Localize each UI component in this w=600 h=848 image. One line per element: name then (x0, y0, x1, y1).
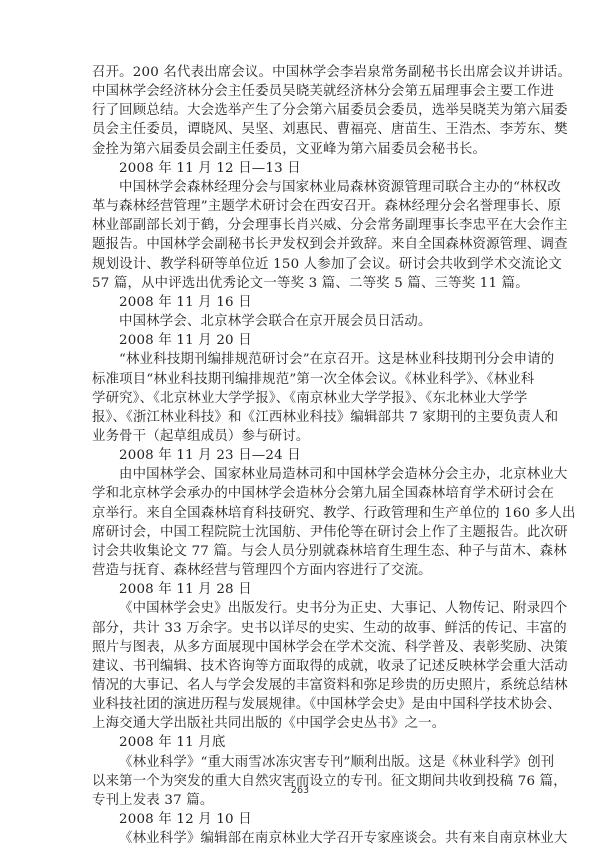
paragraph-last-line: 金拴为第六届委员会副主任委员，文亚峰为第六届委员会秘书长。 (92, 140, 516, 159)
body-line: 学研究》、《北京林业大学学报》、《南京林业大学学报》、《东北林业大学学 (92, 389, 516, 408)
paragraph-first-line: 中国林学会森林经理分会与国家林业局森林资源管理司联合主办的“林权改 (92, 178, 516, 197)
body-line: 标准项目“林业科技期刊编排规范”第一次全体会议。《林业科学》、《林业科 (92, 370, 516, 389)
paragraph-first-line: 《林业科学》“重大雨雪冰冻灾害专刊”顺利出版。这是《林业科学》创刊 (92, 753, 516, 772)
body-line: 讨会共收集论文 77 篇。与会人员分别就森林培育生理生态、种子与苗木、森林 (92, 542, 516, 561)
body-line: 情况的大事记、名人与学会发展的丰富资料和弥足珍贵的历史照片，系统总结林 (92, 676, 516, 695)
body-line: 革与森林经营管理”主题学术研讨会在西安召开。森林经理分会名誉理事长、原 (92, 197, 516, 216)
date-heading-line: 中国林学会、北京林学会联合在京开展会员日活动。 (92, 312, 516, 331)
paragraph-last-line: 57 篇，从中评选出优秀论文一等奖 3 篇、二等奖 5 篇、三等奖 11 篇。 (92, 274, 516, 293)
body-line: 学和北京林学会承办的中国林学会造林分会第九届全国森林培育学术研讨会在 (92, 484, 516, 503)
date-heading-line: 2008 年 11 月 28 日 (92, 580, 516, 599)
body-line: 题报告。中国林学会副秘书长尹发权到会并致辞。来自全国森林资源管理、调查 (92, 235, 516, 254)
body-line: 召开。200 名代表出席会议。中国林学会李岩泉常务副秘书长出席会议并讲话。 (92, 63, 516, 82)
body-line: 规划设计、教学科研等单位近 150 人参加了会议。研讨会共收到学术交流论文 (92, 255, 516, 274)
body-line: 席研讨会，中国工程院院士沈国舫、尹伟伦等在研讨会上作了主题报告。此次研 (92, 523, 516, 542)
paragraph-first-line: 《中国林学会史》出版发行。史书分为正史、大事记、人物传记、附录四个 (92, 599, 516, 618)
paragraph-first-line: “林业科技期刊编排规范研讨会”在京召开。这是林业科技期刊分会申请的 (92, 350, 516, 369)
page-number: 263 (0, 785, 600, 796)
body-line: 京举行。来自全国森林培育科技研究、教学、行政管理和生产单位的 160 多人出 (92, 504, 516, 523)
body-line: 照片与图表，从多方面展现中国林学会在学术交流、科学普及、表彰奖励、决策 (92, 638, 516, 657)
paragraph-first-line: 《林业科学》编辑部在南京林业大学召开专家座谈会。共有来自南京林业大 (92, 829, 516, 848)
body-line: 部分，共计 33 万余字。史书以详尽的史实、生动的故事、鲜活的传记、丰富的 (92, 619, 516, 638)
body-line: 业科技社团的演进历程与发展规律。《中国林学会史》是由中国科学技术协会、 (92, 695, 516, 714)
paragraph-last-line: 业务骨干（起草组成员）参与研讨。 (92, 427, 516, 446)
document-page: 召开。200 名代表出席会议。中国林学会李岩泉常务副秘书长出席会议并讲话。中国林… (0, 0, 600, 848)
body-line: 林业部副部长刘于鹤，分会理事长肖兴威、分会常务副理事长李忠平在大会作主 (92, 216, 516, 235)
date-heading-line: 2008 年 12 月 10 日 (92, 810, 516, 829)
date-heading-line: 2008 年 11 月 20 日 (92, 331, 516, 350)
date-heading-line: 2008 年 11 月 16 日 (92, 293, 516, 312)
document-body: 召开。200 名代表出席会议。中国林学会李岩泉常务副秘书长出席会议并讲话。中国林… (92, 63, 516, 848)
paragraph-first-line: 由中国林学会、国家林业局造林司和中国林学会造林分会主办，北京林业大 (92, 465, 516, 484)
paragraph-last-line: 营造与抚育、森林经营与管理四个方面内容进行了交流。 (92, 561, 516, 580)
paragraph-last-line: 上海交通大学出版社共同出版的《中国学会史丛书》之一。 (92, 714, 516, 733)
date-heading-line: 2008 年 11 月 12 日—13 日 (92, 159, 516, 178)
body-line: 行了回顾总结。大会选举产生了分会第六届委员会委员，选举吴晓芙为第六届委 (92, 101, 516, 120)
body-line: 员会主任委员，谭晓风、吴坚、刘惠民、曹福亮、唐苗生、王浩杰、李芳东、樊 (92, 120, 516, 139)
date-heading-line: 2008 年 11 月 23 日—24 日 (92, 446, 516, 465)
date-heading-line: 2008 年 11 月底 (92, 733, 516, 752)
body-line: 报》、《浙江林业科技》和《江西林业科技》编辑部共 7 家期刊的主要负责人和 (92, 408, 516, 427)
body-line: 建议、书刊编辑、技术咨询等方面取得的成就，收录了记述反映林学会重大活动 (92, 657, 516, 676)
body-line: 中国林学会经济林分会主任委员吴晓芙就经济林分会第五届理事会主要工作进 (92, 82, 516, 101)
